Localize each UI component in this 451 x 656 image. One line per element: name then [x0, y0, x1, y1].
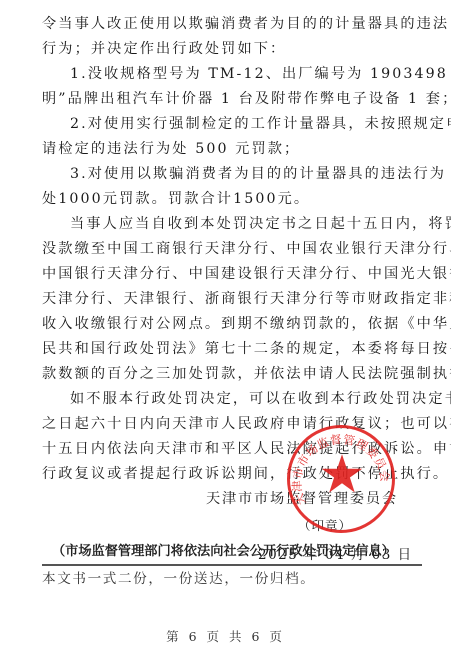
list-item-2: 2.对使用实行强制检定的工作计量器具，未按照规定申 [70, 114, 451, 134]
star-icon [320, 452, 364, 496]
list-item-3: 3.对使用以欺骗消费者为目的的计量器具的违法行为 [70, 164, 446, 184]
disclosure-notice: （市场监督管理部门将依法向社会公开行政处罚决定信息） [52, 540, 395, 559]
divider [42, 564, 422, 566]
body-line: 处1000元罚款。罚款合计1500元。 [42, 189, 310, 209]
body-line: 款数额的百分之三加处罚款，并依法申请人民法院强制执行。 [42, 364, 451, 384]
paragraph-appeal: 如不服本行政处罚决定，可以在收到本行政处罚决定书 [70, 389, 451, 409]
official-seal: 天津市市场监督管理委员会 [287, 425, 395, 533]
page-footer: 第 6 页 共 6 页 [0, 627, 451, 645]
body-line: 中国银行天津分行、中国建设银行天津分行、中国光大银行 [42, 264, 451, 284]
body-line: 行为；并决定作出行政处罚如下： [42, 39, 286, 59]
body-line: 天津分行、天津银行、浙商银行天津分行等市财政指定非税 [42, 289, 451, 309]
copies-note: 本文书一式二份，一份送达，一份归档。 [42, 567, 316, 587]
body-line: 明”品牌出租汽车计价器 1 台及附带作弊电子设备 1 套； [42, 89, 451, 109]
body-line: 令当事人改正使用以欺骗消费者为目的的计量器具的违法 [42, 14, 449, 34]
body-line: 请检定的违法行为处 500 元罚款； [42, 139, 300, 159]
paragraph-payment: 当事人应当自收到本处罚决定书之日起十五日内，将罚 [70, 214, 451, 234]
body-line: 民共和国行政处罚法》第七十二条的规定，本委将每日按罚 [42, 339, 451, 359]
body-line: 没款缴至中国工商银行天津分行、中国农业银行天津分行、 [42, 239, 451, 259]
body-line: 收入收缴银行对公网点。到期不缴纳罚款的，依据《中华人 [42, 314, 451, 334]
list-item-1: 1.没收规格型号为 TM-12、出厂编号为 1903498 的“锐 [70, 64, 451, 84]
